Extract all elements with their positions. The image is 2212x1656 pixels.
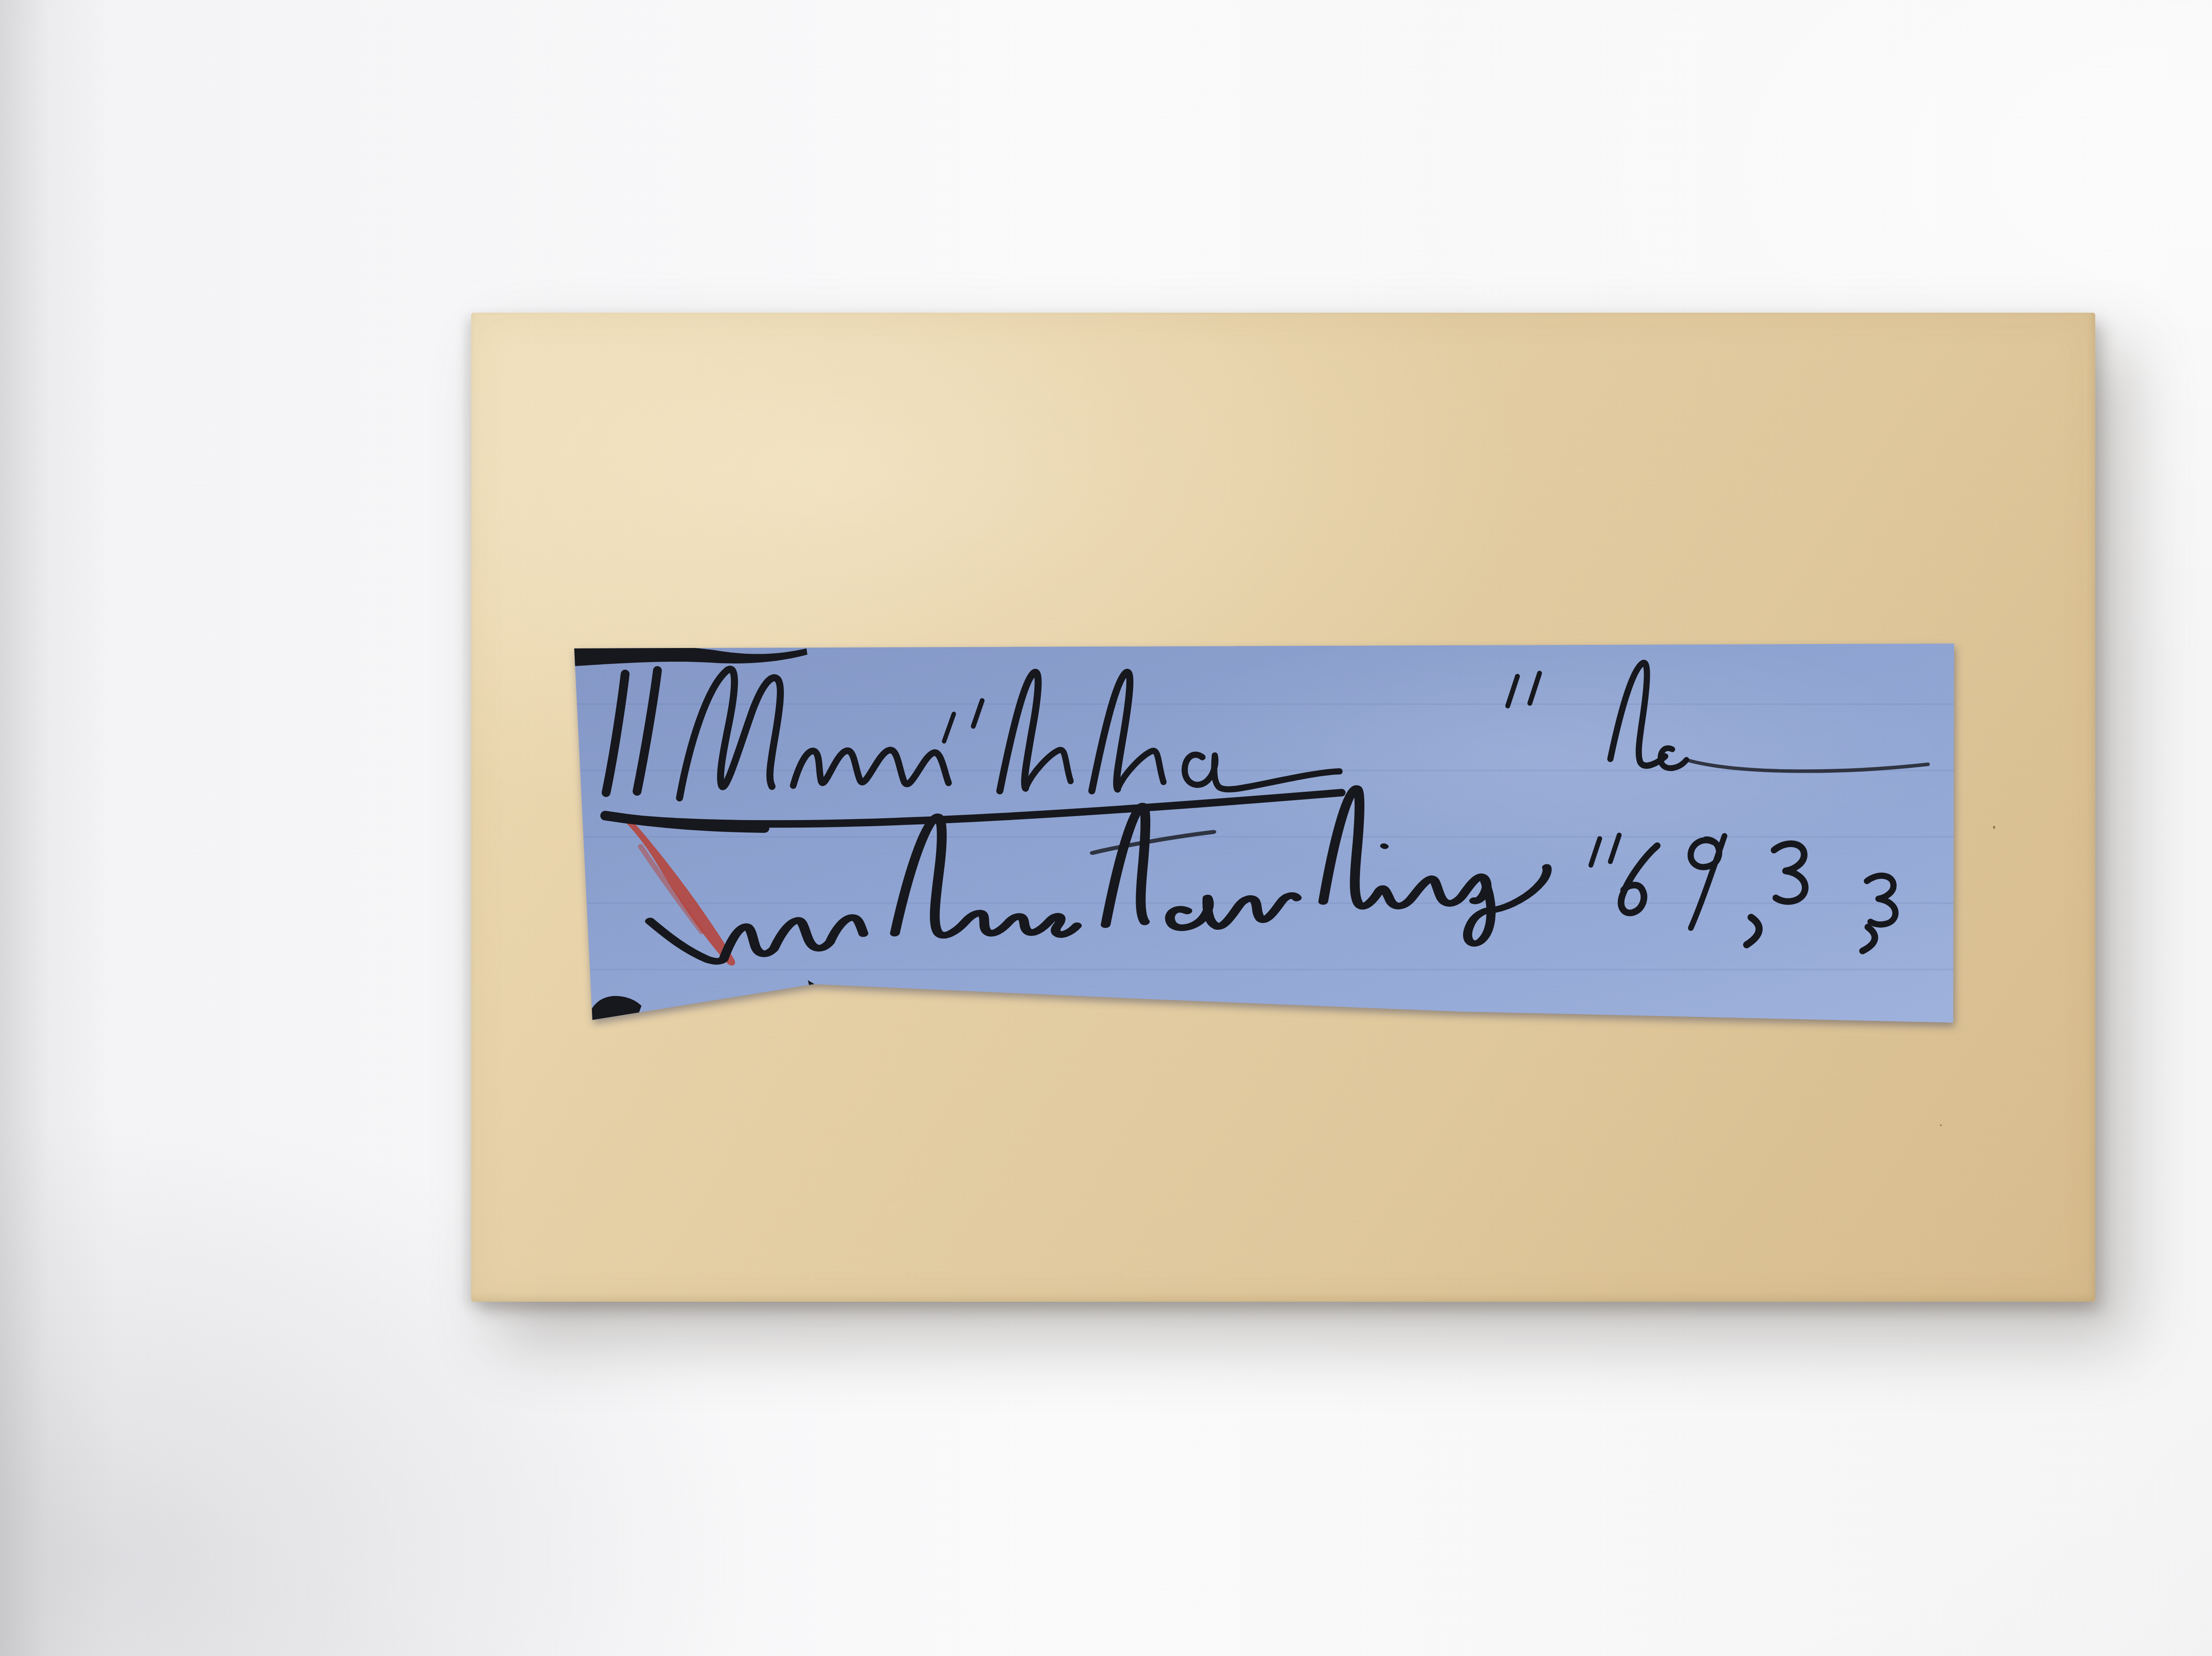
- handwriting-svg: [574, 639, 1955, 1023]
- slip-shadow-wrap: [574, 639, 1955, 1023]
- blue-paper-slip: [574, 639, 1955, 1023]
- paper-speck: [1993, 826, 1995, 829]
- ink-blot-bottom-edge-icon: [588, 980, 821, 1023]
- reference-number-digits: [1591, 835, 1895, 951]
- ink-blot-top-edge-icon: [574, 646, 807, 666]
- handwritten-line-2: [644, 775, 1552, 1001]
- paper-speck: [1940, 1124, 1942, 1126]
- underline-stroke: [605, 793, 1342, 824]
- handwritten-line-1: [605, 663, 1928, 828]
- red-crayon-mark: [623, 815, 735, 966]
- photo-backdrop: [0, 0, 2212, 1656]
- mounting-card: [471, 313, 2095, 1302]
